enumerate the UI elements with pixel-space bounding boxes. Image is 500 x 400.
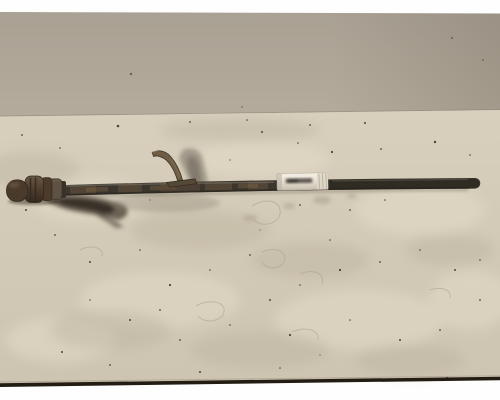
tag-text-smudge	[285, 178, 312, 183]
product-photo	[0, 0, 500, 400]
back-wall	[0, 12, 500, 117]
rod-knob	[7, 176, 67, 205]
part-tag	[277, 173, 328, 190]
table-surface	[0, 110, 500, 386]
photo-canvas	[0, 0, 500, 400]
